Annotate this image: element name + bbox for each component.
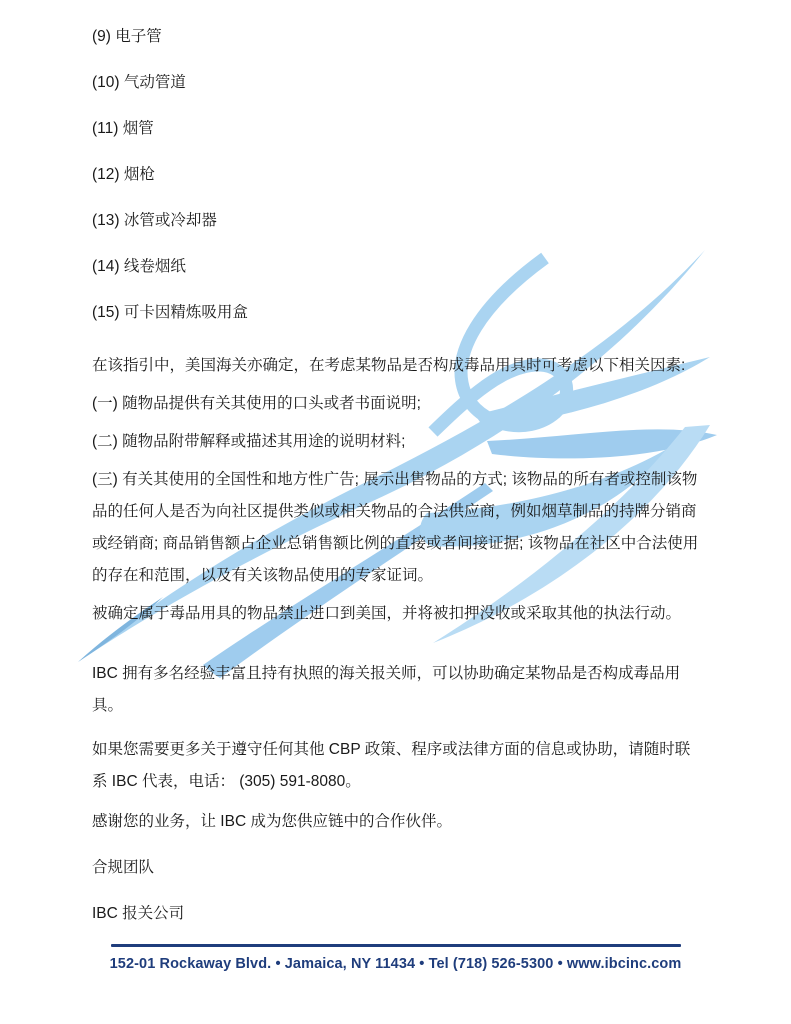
thanks-paragraph: 感谢您的业务，让 IBC 成为您供应链中的合作伙伴。	[92, 806, 701, 838]
list-item-14: (14) 线卷烟纸	[92, 258, 701, 275]
determination-paragraph: 被确定属于毒品用具的物品禁止进口到美国，并将被扣押没收或采取其他的执法行动。	[92, 598, 701, 630]
factor-one-paragraph: (一) 随物品提供有关其使用的口头或者书面说明;	[92, 388, 701, 420]
signoff-team: 合规团队	[92, 852, 701, 884]
paraphernalia-list: (9) 电子管 (10) 气动管道 (11) 烟管 (12) 烟枪 (13) 冰…	[92, 28, 701, 321]
factor-two-paragraph: (二) 随物品附带解释或描述其用途的说明材料;	[92, 426, 701, 458]
list-item-10: (10) 气动管道	[92, 74, 701, 91]
page-footer: 152-01 Rockaway Blvd. • Jamaica, NY 1143…	[0, 944, 791, 972]
footer-divider	[111, 944, 681, 947]
intro-paragraph: 在该指引中，美国海关亦确定，在考虑某物品是否构成毒品用具时可考虑以下相关因素:	[92, 350, 701, 382]
list-item-13: (13) 冰管或冷却器	[92, 212, 701, 229]
contact-paragraph: 如果您需要更多关于遵守任何其他 CBP 政策、程序或法律方面的信息或协助，请随时…	[92, 734, 701, 798]
list-item-9: (9) 电子管	[92, 28, 701, 45]
document-body: (9) 电子管 (10) 气动管道 (11) 烟管 (12) 烟枪 (13) 冰…	[0, 0, 791, 930]
footer-address: 152-01 Rockaway Blvd. • Jamaica, NY 1143…	[0, 956, 791, 972]
signoff-company: IBC 报关公司	[92, 898, 701, 930]
factor-three-paragraph: (三) 有关其使用的全国性和地方性广告; 展示出售物品的方式; 该物品的所有者或…	[92, 464, 701, 592]
list-item-15: (15) 可卡因精炼吸用盒	[92, 304, 701, 321]
services-paragraph: IBC 拥有多名经验丰富且持有执照的海关报关师，可以协助确定某物品是否构成毒品用…	[92, 658, 701, 722]
list-item-11: (11) 烟管	[92, 120, 701, 137]
list-item-12: (12) 烟枪	[92, 166, 701, 183]
document-page: (9) 电子管 (10) 气动管道 (11) 烟管 (12) 烟枪 (13) 冰…	[0, 0, 791, 1024]
